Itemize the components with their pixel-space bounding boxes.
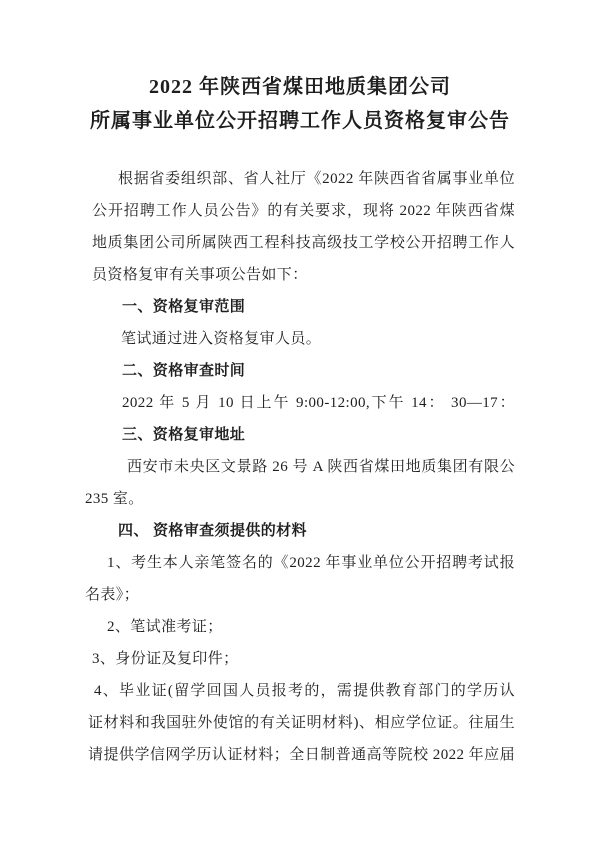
doc-text-line: 2、笔试准考证； [85,611,515,643]
doc-text-line: 3、身份证及复印件； [85,643,515,675]
doc-heading-line: 一、资格复审范围 [85,291,515,323]
doc-heading-line: 四、 资格审查须提供的材料 [85,515,515,547]
doc-text-line: 笔试通过进入资格复审人员。 [85,323,515,355]
doc-text-line: 235 室。 [85,483,515,515]
doc-text-line: 名表》； [85,579,515,611]
document-page: 2022 年陕西省煤田地质集团公司所属事业单位公开招聘工作人员资格复审公告 根据… [0,0,600,848]
doc-text-line: 员资格复审有关事项公告如下： [85,259,515,291]
doc-text-line: 4、毕业证(留学回国人员报考的，需提供教育部门的学历认 [85,675,515,707]
doc-text-line: 根据省委组织部、省人社厅《2022 年陕西省省属事业单位 [85,163,515,195]
doc-text-line: 公开招聘工作人员公告》的有关要求，现将 2022 年陕西省煤田 [85,195,515,227]
doc-body: 根据省委组织部、省人社厅《2022 年陕西省省属事业单位公开招聘工作人员公告》的… [0,163,600,771]
doc-text-line: 2022 年 5 月 10 日上午 9:00-12:00,下午 14： 30—1… [85,387,515,419]
doc-text-line: 西安市未央区文景路 26 号 A 陕西省煤田地质集团有限公司 [85,451,515,483]
doc-heading-line: 二、资格审查时间 [85,355,515,387]
doc-title: 2022 年陕西省煤田地质集团公司所属事业单位公开招聘工作人员资格复审公告 [0,0,600,138]
doc-title-line: 所属事业单位公开招聘工作人员资格复审公告 [0,104,600,138]
doc-text-line: 1、考生本人亲笔签名的《2022 年事业单位公开招聘考试报 [85,547,515,579]
doc-text-line: 地质集团公司所属陕西工程科技高级技工学校公开招聘工作人 [85,227,515,259]
doc-heading-line: 三、资格复审地址 [85,419,515,451]
doc-text-line: 证材料和我国驻外使馆的有关证明材料)、相应学位证。往届生 [85,707,515,739]
doc-title-line: 2022 年陕西省煤田地质集团公司 [0,70,600,104]
doc-text-line: 请提供学信网学历认证材料；全日制普通高等院校 2022 年应届 [85,739,515,771]
